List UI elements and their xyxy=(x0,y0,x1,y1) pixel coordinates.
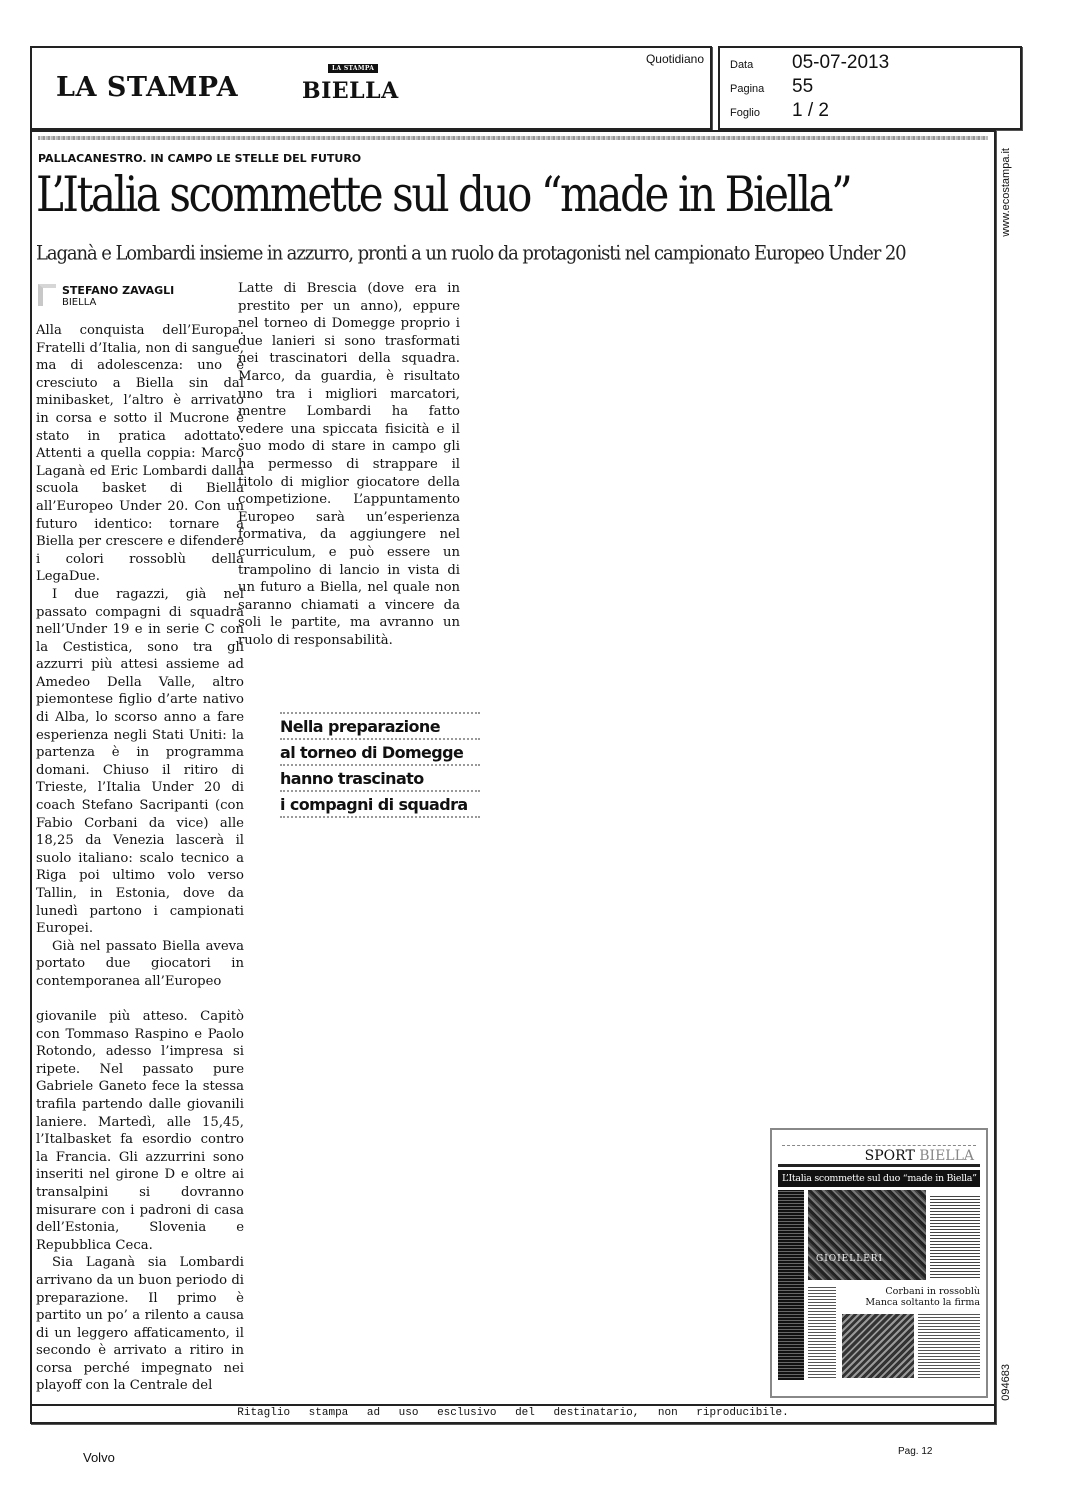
pull-quote-line: hanno trascinato xyxy=(280,764,480,790)
author-name: STEFANO ZAVAGLI xyxy=(62,284,174,297)
side-url: www.ecostampa.it xyxy=(1000,148,1012,237)
article-column-2: Latte di Brescia (dove era in prestito p… xyxy=(238,280,460,649)
dateline-location: BIELLA xyxy=(62,297,174,308)
sheet-label: Foglio xyxy=(730,107,792,119)
thumbnail-sub-headline-line: Manca soltanto la firma xyxy=(838,1297,980,1308)
body-paragraph: Sia Laganà sia Lombardi arrivano da un b… xyxy=(36,1254,244,1395)
edition-tag: LA STAMPA xyxy=(328,64,378,73)
date-label: Data xyxy=(730,59,792,71)
thumbnail-body: GIOIELLERI Corbani in rossoblù Manca sol… xyxy=(778,1190,980,1380)
page-value: 55 xyxy=(792,76,813,98)
thumbnail-photo xyxy=(808,1190,926,1280)
pull-quote-line: al torneo di Domegge xyxy=(280,738,480,764)
date-value: 05-07-2013 xyxy=(792,52,889,74)
body-paragraph: Alla conquista dell’Europa. Fratelli d’I… xyxy=(36,322,244,586)
thumbnail-photo xyxy=(842,1314,914,1378)
dotted-rule xyxy=(38,136,988,140)
meta-row-sheet: Foglio 1 / 2 xyxy=(730,100,829,122)
thumbnail-text-column xyxy=(918,1314,980,1378)
meta-row-page: Pagina 55 xyxy=(730,76,813,98)
periodicity-label: Quotidiano xyxy=(646,52,704,66)
article-clipping: PALLACANESTRO. IN CAMPO LE STELLE DEL FU… xyxy=(30,130,996,1422)
thumbnail-section-word: BIELLA xyxy=(919,1148,974,1164)
article-kicker: PALLACANESTRO. IN CAMPO LE STELLE DEL FU… xyxy=(38,152,361,165)
byline: STEFANO ZAVAGLI BIELLA xyxy=(38,284,174,308)
meta-row-date: Data 05-07-2013 xyxy=(730,52,889,74)
thumbnail-section-word: SPORT xyxy=(865,1148,915,1164)
clipping-code: 094683 xyxy=(1000,1364,1012,1401)
thumbnail-text-column xyxy=(778,1190,804,1380)
thumbnail-sub-headline: Corbani in rossoblù Manca soltanto la fi… xyxy=(838,1286,980,1308)
client-name: Volvo xyxy=(83,1450,115,1465)
pull-quote: Nella preparazione al torneo di Domegge … xyxy=(280,712,480,818)
page-thumbnail: SPORT BIELLA L’Italia scommette sul duo … xyxy=(770,1128,988,1398)
thumbnail-section-title: SPORT BIELLA xyxy=(778,1148,980,1167)
body-paragraph: I due ragazzi, già nel passato compagni … xyxy=(36,586,244,938)
pull-quote-line: i compagni di squadra xyxy=(280,790,480,818)
disclaimer-box: Ritaglio stampa ad uso esclusivo del des… xyxy=(30,1404,996,1424)
masthead-box: LA STAMPA LA STAMPA BIELLA Quotidiano xyxy=(30,46,712,130)
article-column-1: Alla conquista dell’Europa. Fratelli d’I… xyxy=(36,322,244,991)
publication-meta-box: Data 05-07-2013 Pagina 55 Foglio 1 / 2 xyxy=(718,46,1022,130)
thumbnail-photo-caption: GIOIELLERI xyxy=(816,1254,883,1264)
article-subhead: Laganà e Lombardi insieme in azzurro, pr… xyxy=(36,242,906,265)
pull-quote-line: Nella preparazione xyxy=(280,712,480,738)
author-mark-icon xyxy=(38,284,56,306)
body-paragraph: Già nel passato Biella aveva portato due… xyxy=(36,938,244,991)
thumbnail-text-column xyxy=(930,1194,980,1278)
body-paragraph: giovanile più atteso. Capitò con Tommaso… xyxy=(36,1008,244,1254)
thumbnail-text-column xyxy=(808,1286,836,1378)
disclaimer-text: Ritaglio stampa ad uso esclusivo del des… xyxy=(32,1407,994,1419)
sheet-value: 1 / 2 xyxy=(792,100,829,122)
thumbnail-headline: L’Italia scommette sul duo “made in Biel… xyxy=(778,1170,980,1187)
thumbnail-top-rule xyxy=(782,1140,976,1146)
newspaper-logo: LA STAMPA xyxy=(56,72,238,103)
thumbnail-sub-headline-line: Corbani in rossoblù xyxy=(838,1286,980,1297)
page-number: Pag. 12 xyxy=(898,1446,932,1457)
article-headline: L’Italia scommette sul duo “made in Biel… xyxy=(36,166,850,222)
page-label: Pagina xyxy=(730,83,792,95)
edition-name: BIELLA xyxy=(302,78,399,104)
article-column-1-continued: giovanile più atteso. Capitò con Tommaso… xyxy=(36,1008,244,1395)
body-paragraph: Latte di Brescia (dove era in prestito p… xyxy=(238,280,460,649)
